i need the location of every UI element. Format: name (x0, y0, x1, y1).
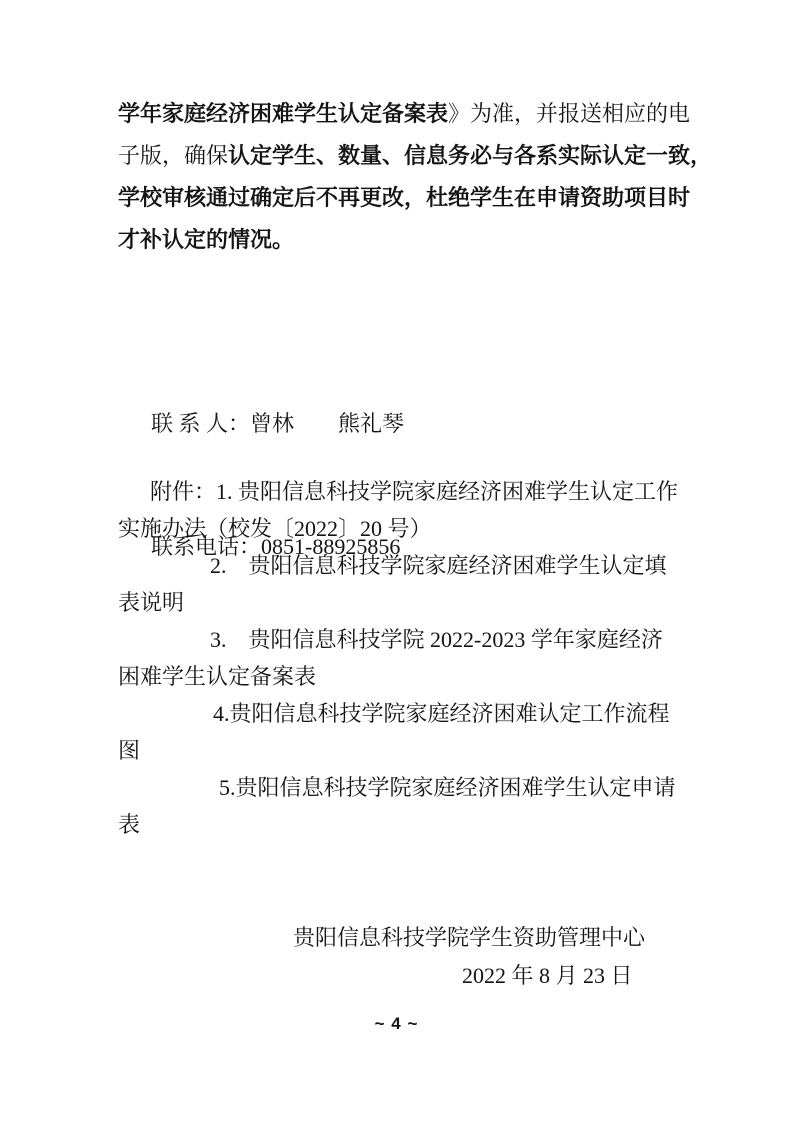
body-paragraph: 学年家庭经济困难学生认定备案表》为准，并报送相应的电 子版，确保认定学生、数量、… (118, 93, 678, 261)
paragraph-regular-text: 子版，确保 (118, 143, 228, 168)
paragraph-bold-text: 认定学生、数量、信息务必与各系实际认定一致， (228, 143, 712, 168)
attachment-line-4: 4.贵阳信息科技学院家庭经济困难认定工作流程 (213, 695, 718, 732)
attachment-line-1: 附件：1. 贵阳信息科技学院家庭经济困难学生认定工作 (150, 473, 718, 510)
signature-block: 贵阳信息科技学院学生资助管理中心 2022 年 8 月 23 日 (0, 919, 793, 995)
paragraph-line: 学年家庭经济困难学生认定备案表》为准，并报送相应的电 (118, 93, 678, 135)
paragraph-line: 学校审核通过确定后不再更改，杜绝学生在申请资助项目时 (118, 177, 678, 219)
issuing-organization: 贵阳信息科技学院学生资助管理中心 (293, 919, 793, 957)
paragraph-bold-text: 学年家庭经济困难学生认定备案表 (118, 101, 448, 126)
attachment-line-5: 5.贵阳信息科技学院家庭经济困难学生认定申请 (219, 769, 718, 806)
attachment-line-2: 2. 贵阳信息科技学院家庭经济困难学生认定填 (210, 547, 718, 584)
page-number: ~ 4 ~ (0, 1014, 793, 1034)
paragraph-bold-text: 才补认定的情况。 (118, 227, 294, 252)
attachment-line-4-cont: 图 (118, 732, 718, 769)
paragraph-bold-text: 学校审核通过确定后不再更改，杜绝学生在申请资助项目时 (118, 185, 690, 210)
contact-person-line: 联 系 人：曾林 熊礼琴 (151, 403, 404, 444)
paragraph-line: 才补认定的情况。 (118, 219, 678, 261)
document-page: 学年家庭经济困难学生认定备案表》为准，并报送相应的电 子版，确保认定学生、数量、… (0, 0, 793, 1122)
attachments-block: 附件：1. 贵阳信息科技学院家庭经济困难学生认定工作 实施办法（校发〔2022〕… (118, 473, 718, 843)
issue-date: 2022 年 8 月 23 日 (462, 957, 793, 995)
attachment-line-3: 3. 贵阳信息科技学院 2022-2023 学年家庭经济 (210, 621, 718, 658)
attachment-line-3-cont: 困难学生认定备案表 (118, 658, 718, 695)
paragraph-line: 子版，确保认定学生、数量、信息务必与各系实际认定一致， (118, 135, 678, 177)
attachment-line-1-cont: 实施办法（校发〔2022〕20 号） (118, 510, 718, 547)
attachment-line-5-cont: 表 (118, 806, 718, 843)
attachment-line-2-cont: 表说明 (118, 584, 718, 621)
paragraph-regular-text: 》为准，并报送相应的电 (448, 101, 690, 126)
